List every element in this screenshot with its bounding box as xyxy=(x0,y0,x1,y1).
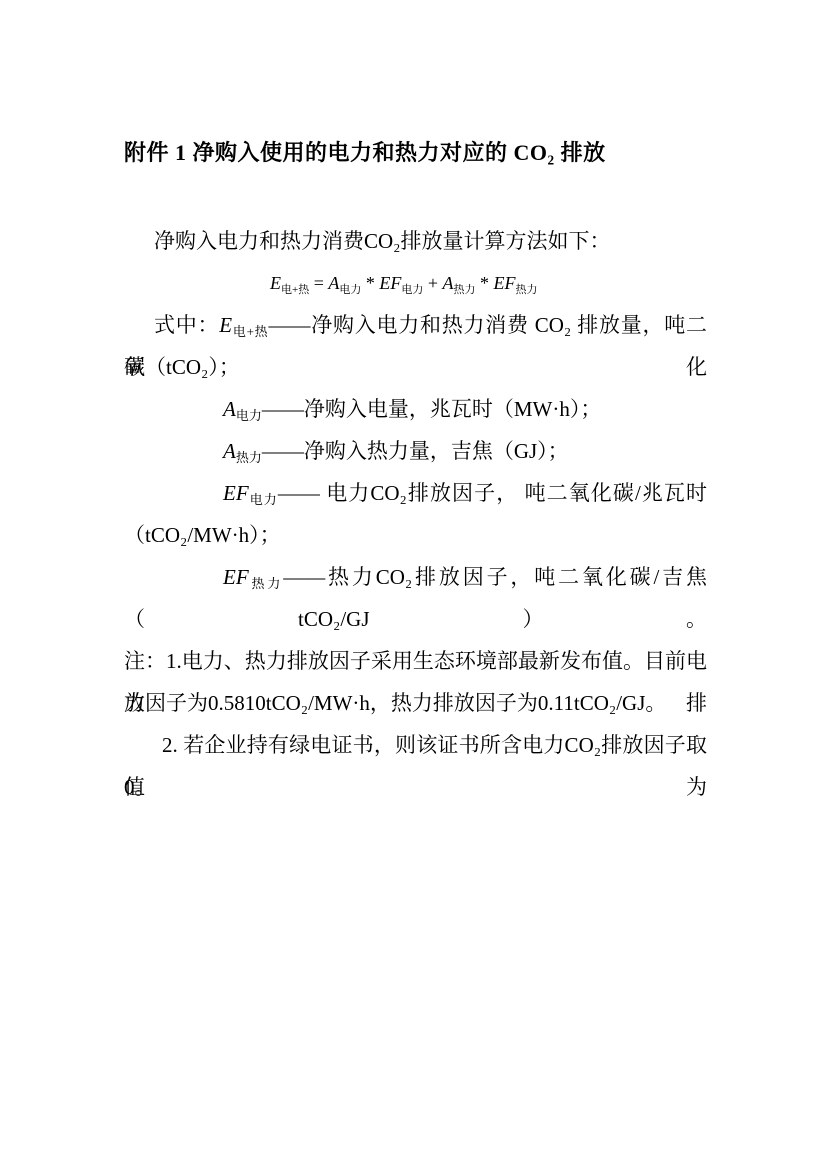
definition-text-a-elec: ——净购入电量，兆瓦时（MW·h）； xyxy=(262,397,602,421)
definition-sub-e: 电+热 xyxy=(232,324,268,339)
definition-sub-a-elec: 电力 xyxy=(236,408,262,423)
note-line-1-cont: 放因子为0.5810tCO₂/MW·h，热力排放因子为0.11tCO₂/GJ。 xyxy=(124,682,707,724)
definition-text-ef-heat: ——热力CO₂排放因子，吨二氧化碳/吉焦（tCO₂/GJ）。 xyxy=(124,565,707,631)
formula-var-a2: A xyxy=(443,273,454,293)
definition-var-e: E xyxy=(219,313,232,337)
document-page: 附件 1 净购入使用的电力和热力对应的 CO₂ 排放 净购入电力和热力消费CO₂… xyxy=(0,0,827,1169)
definition-text-ef-elec: —— 电力CO₂排放因子， 吨二氧化碳/兆瓦时 xyxy=(278,481,707,505)
formula-sub-ef2: 热力 xyxy=(516,284,538,296)
note-line-2: 2. 若企业持有绿电证书，则该证书所含电力CO₂排放因子取值为 xyxy=(124,724,707,766)
formula-var-a1: A xyxy=(328,273,339,293)
definition-sub-ef-heat: 热力 xyxy=(249,576,284,591)
formula-sub-e: 电+热 xyxy=(281,284,309,296)
formula-sub-a2: 热力 xyxy=(454,284,476,296)
formula-sub-ef1: 电力 xyxy=(401,284,423,296)
definition-var-ef-elec: EF xyxy=(223,481,249,505)
definition-line-ef-elec-cont: （tCO₂/MW·h）； xyxy=(124,514,707,556)
definition-line-e: 式中：E电+热——净购入电力和热力消费 CO₂ 排放量，吨二氧化 xyxy=(124,304,707,346)
definition-line-a-elec: A电力——净购入电量，兆瓦时（MW·h）； xyxy=(124,388,707,430)
formula-times-1: * xyxy=(361,273,379,293)
formula-line: E电+热 = A电力 * EF电力 + A热力 * EF热力 xyxy=(124,262,707,304)
intro-paragraph: 净购入电力和热力消费CO₂排放量计算方法如下： xyxy=(124,220,707,262)
formula-equals: = xyxy=(309,273,328,293)
definition-text-a-heat: ——净购入热力量，吉焦（GJ）； xyxy=(262,439,569,463)
definition-var-ef-heat: EF xyxy=(223,565,249,589)
formula-var-ef2: EF xyxy=(494,273,516,293)
definition-prefix: 式中： xyxy=(154,313,219,337)
definition-sub-ef-elec: 电力 xyxy=(249,492,278,507)
definition-var-a-heat: A xyxy=(223,439,236,463)
note-line-1: 注：1.电力、热力排放因子采用生态环境部最新发布值。目前电力排 xyxy=(124,640,707,682)
definition-line-ef-elec: EF电力—— 电力CO₂排放因子， 吨二氧化碳/兆瓦时 xyxy=(124,472,707,514)
definition-line-ef-heat: EF热力——热力CO₂排放因子，吨二氧化碳/吉焦（tCO₂/GJ）。 xyxy=(124,556,707,598)
definition-var-a-elec: A xyxy=(223,397,236,421)
definition-line-a-heat: A热力——净购入热力量，吉焦（GJ）； xyxy=(124,430,707,472)
definition-sub-a-heat: 热力 xyxy=(236,450,262,465)
formula-sub-a1: 电力 xyxy=(339,284,361,296)
formula-var-e: E xyxy=(270,273,281,293)
document-body: 净购入电力和热力消费CO₂排放量计算方法如下： E电+热 = A电力 * EF电… xyxy=(124,220,707,808)
formula-plus: + xyxy=(423,273,442,293)
formula-var-ef1: EF xyxy=(379,273,401,293)
document-title: 附件 1 净购入使用的电力和热力对应的 CO₂ 排放 xyxy=(124,138,707,168)
formula-times-2: * xyxy=(476,273,494,293)
